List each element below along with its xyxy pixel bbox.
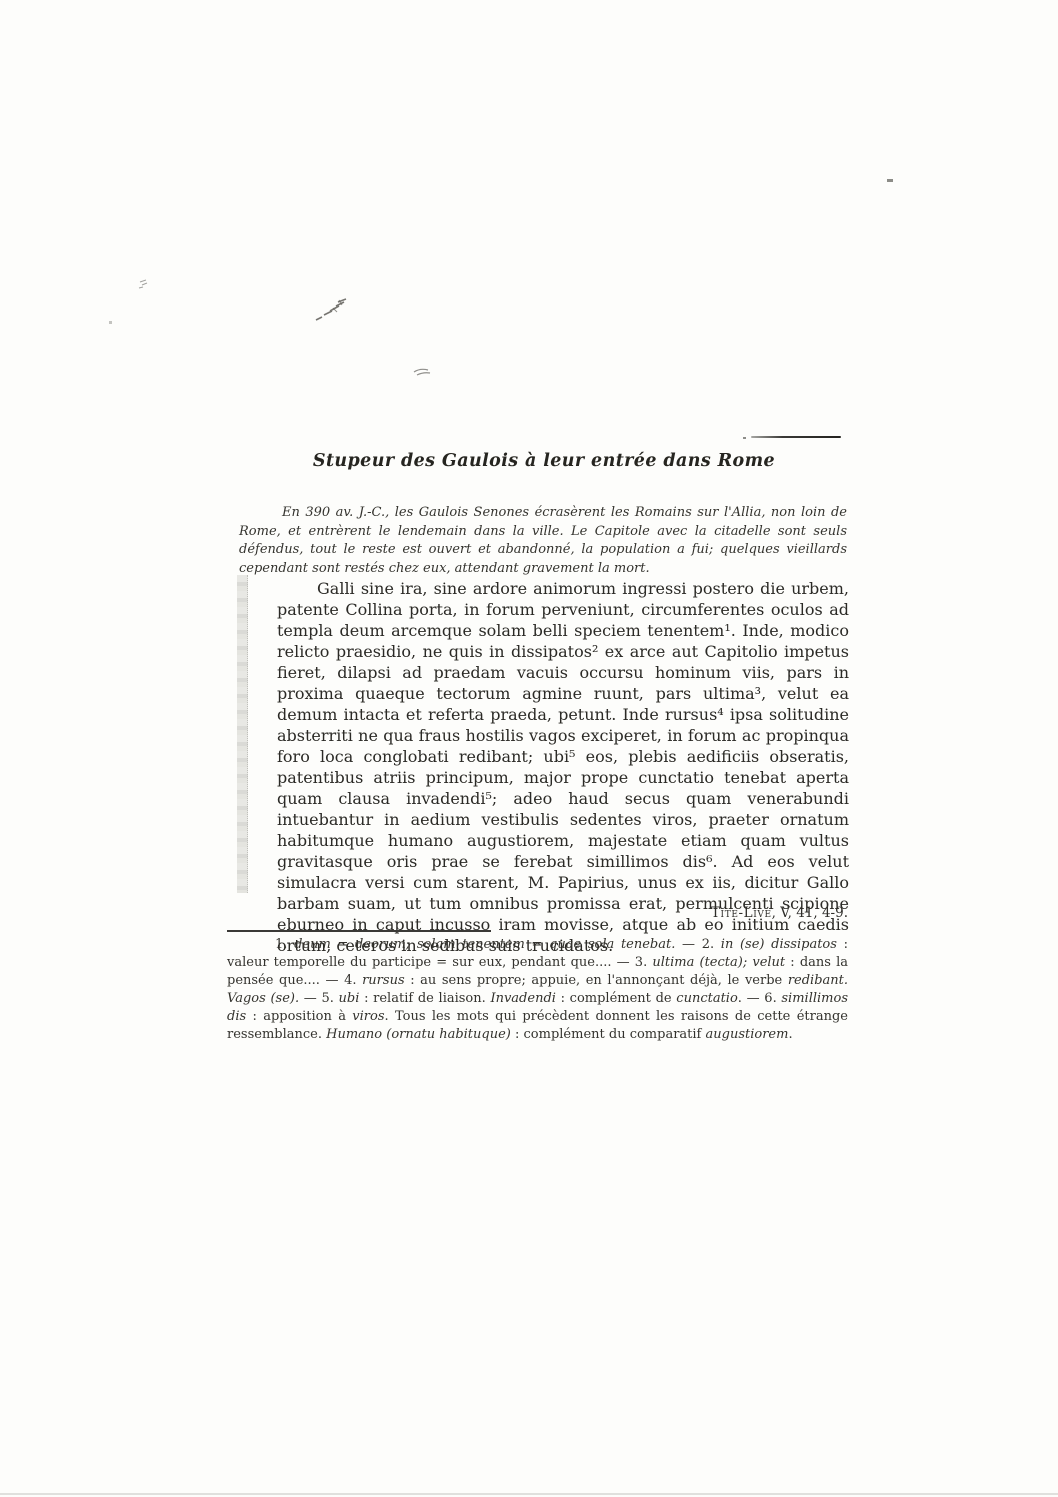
margin-rule xyxy=(751,436,841,438)
scanned-page: Stupeur des Gaulois à leur entrée dans R… xyxy=(0,0,1058,1497)
attribution-reference: , V, 41, 4-9. xyxy=(772,905,848,921)
document-title: Stupeur des Gaulois à leur entrée dans R… xyxy=(240,451,848,471)
scan-smudge xyxy=(308,296,350,328)
footnote-rule xyxy=(227,930,491,932)
margin-rule-dot xyxy=(743,437,746,439)
scan-smudge xyxy=(134,278,154,296)
scan-smudge xyxy=(410,362,434,378)
intro-paragraph: En 390 av. J.-C., les Gaulois Senones éc… xyxy=(239,504,847,578)
margin-strip xyxy=(237,575,248,893)
attribution-author: Tite-Live xyxy=(711,905,772,921)
attribution: Tite-Live, V, 41, 4-9. xyxy=(448,905,848,921)
scan-speck xyxy=(887,179,893,182)
latin-text: Galli sine ira, sine ardore animorum ing… xyxy=(277,578,849,956)
footnotes: 1. deum = deorum; solam tenentem = quae … xyxy=(227,936,848,1044)
scan-speck xyxy=(109,321,112,324)
page-edge-shadow xyxy=(0,1493,1058,1495)
